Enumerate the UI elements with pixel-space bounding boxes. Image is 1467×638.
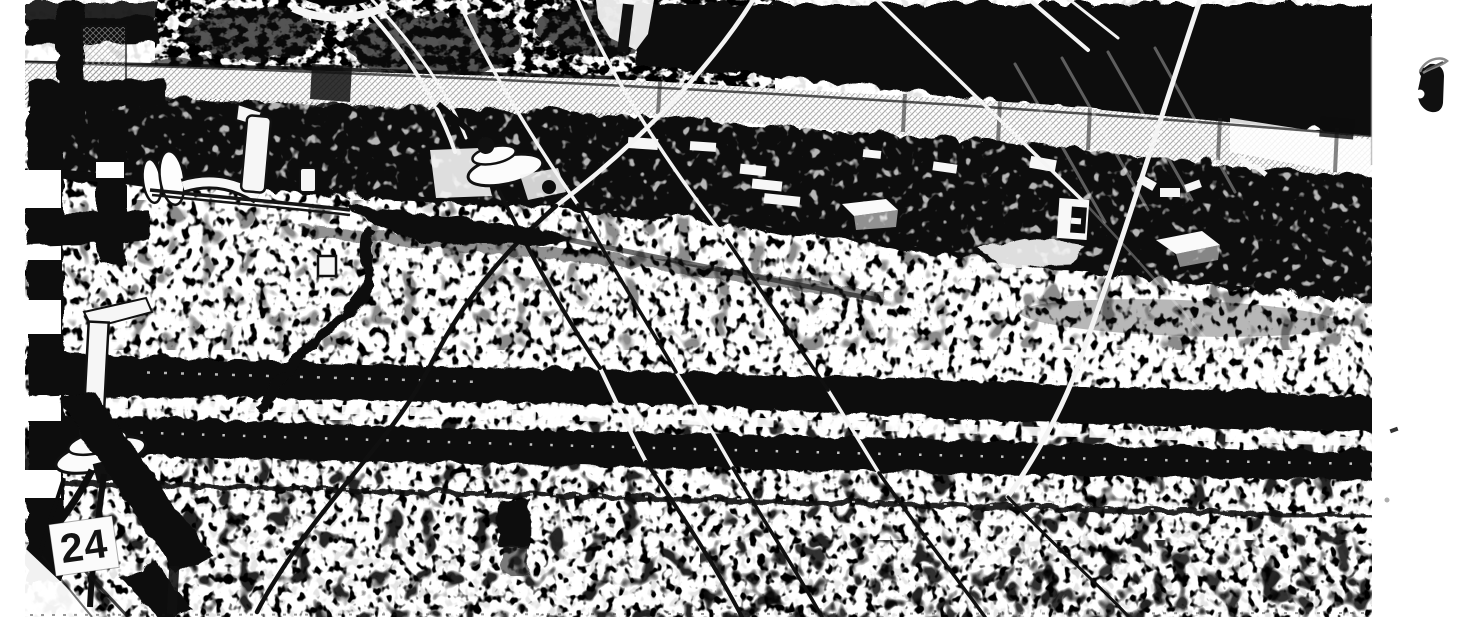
figure-number-label: 24 <box>57 520 111 572</box>
scanned-book-page: 24 <box>0 0 1467 638</box>
coping-joint-block <box>310 64 352 102</box>
margin-speck <box>1385 498 1390 503</box>
ink-smudge <box>1416 58 1448 112</box>
halftone-photo-canvas: 24 <box>0 0 1467 638</box>
page-margin-artifacts <box>1372 36 1448 503</box>
margin-speck <box>1390 427 1399 433</box>
conduit-elbow-box <box>318 256 336 276</box>
hook-bracket <box>300 168 316 192</box>
ballast-post <box>496 497 529 573</box>
figure-number-plate: 24 <box>49 516 120 576</box>
photograph: 24 <box>25 0 1372 617</box>
